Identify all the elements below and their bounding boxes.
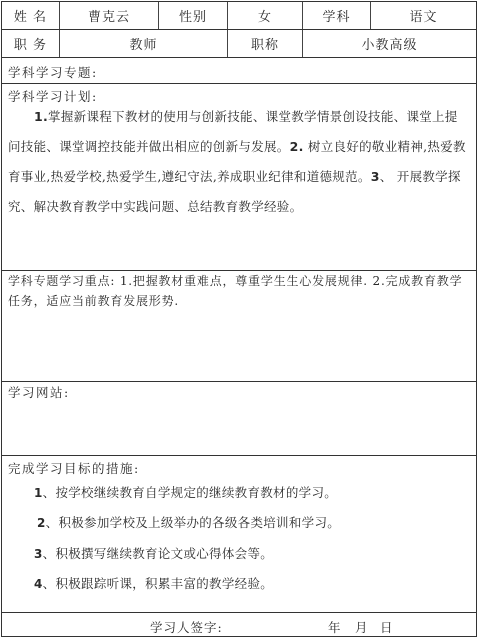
- subject-label: 学科: [303, 2, 371, 29]
- website-row: 学习网站:: [2, 382, 476, 456]
- measures-label: 完成学习目标的措施:: [8, 459, 140, 477]
- plan-text: 1.掌握新课程下教材的使用与创新技能、课堂教学情景创设技能、课堂上提问技能、课堂…: [8, 102, 470, 222]
- website-label: 学习网站:: [8, 383, 70, 401]
- signature-day: 日: [380, 618, 394, 636]
- study-plan-form: 姓 名 曹克云 性别 女 学科 语文 职 务 教师 职称 小教高级 学科学习专题…: [1, 1, 477, 637]
- measure-item-3: 3、积极撰写继续教育论文或心得体会等。: [34, 544, 273, 562]
- signature-month: 月: [355, 618, 369, 636]
- position-value: 教师: [60, 30, 228, 57]
- measures-row: 完成学习目标的措施: 1、按学校继续教育自学规定的继续教育教材的学习。 2、积极…: [2, 456, 476, 613]
- focus-row: 学科专题学习重点: 1.把握教材重难点，尊重学生生心发展规律. 2.完成教育教学…: [2, 271, 476, 382]
- signature-year: 年: [328, 618, 342, 636]
- plan-item3-number: 3: [371, 169, 380, 184]
- topic-label: 学科学习专题:: [8, 63, 98, 81]
- position-label: 职 务: [2, 30, 60, 57]
- plan-item1-number: 1.: [34, 109, 48, 124]
- name-value: 曹克云: [60, 2, 159, 29]
- plan-item2-number: 2.: [290, 139, 304, 154]
- signature-label: 学习人签字:: [150, 618, 223, 636]
- header-row-1: 姓 名 曹克云 性别 女 学科 语文: [2, 2, 476, 30]
- measure-item-2: 2、积极参加学校及上级举办的各级各类培训和学习。: [37, 513, 340, 531]
- header-row-2: 职 务 教师 职称 小教高级: [2, 30, 476, 58]
- title-value: 小教高级: [303, 30, 476, 57]
- signature-row: 学习人签字: 年 月 日: [2, 613, 476, 637]
- plan-row: 学科学习计划: 1.掌握新课程下教材的使用与创新技能、课堂教学情景创设技能、课堂…: [2, 84, 476, 271]
- gender-label: 性别: [159, 2, 228, 29]
- name-label: 姓 名: [2, 2, 60, 29]
- measure-item-1: 1、按学校继续教育自学规定的继续教育教材的学习。: [34, 483, 337, 501]
- subject-value: 语文: [371, 2, 476, 29]
- measure-item-4: 4、积极跟踪听课，积累丰富的教学经验。: [34, 574, 273, 592]
- topic-row: 学科学习专题:: [2, 58, 476, 84]
- focus-text: 学科专题学习重点: 1.把握教材重难点，尊重学生生心发展规律. 2.完成教育教学…: [8, 271, 470, 311]
- gender-value: 女: [228, 2, 303, 29]
- title-label: 职称: [228, 30, 303, 57]
